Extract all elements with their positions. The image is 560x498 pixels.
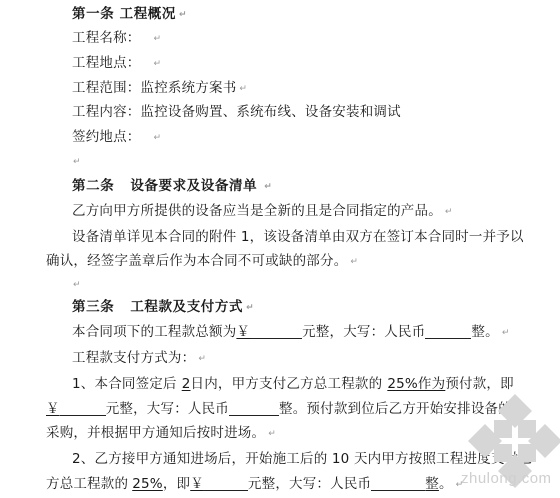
- article1-heading-text: 第一条 工程概况: [72, 6, 176, 22]
- amount-words-blank[interactable]: [425, 324, 471, 339]
- currency-symbol: ￥: [190, 476, 204, 492]
- field-label: 签约地点：: [72, 129, 141, 145]
- paragraph-mark-icon: ↵: [264, 182, 272, 192]
- days-value: 2: [177, 376, 191, 392]
- item2-line2: 方总工程款的25%，即￥元整，大写：人民币整。↵: [46, 475, 463, 494]
- field-signing-location: 签约地点：↵: [72, 128, 161, 147]
- article3-heading-num: 第三条: [72, 299, 114, 315]
- field-project-scope: 工程范围：监控系统方案书↵: [72, 79, 247, 98]
- field-label: 工程内容：: [72, 104, 141, 120]
- item1-text: 日内，甲方支付乙方总工程款的: [191, 376, 383, 392]
- article2-para2-line2: 确认，经签字盖章后作为本合同不可或缺的部分。↵: [46, 252, 358, 271]
- article2-heading-num: 第二条: [72, 178, 114, 194]
- payment-method-label: 工程款支付方式为：↵: [72, 349, 206, 368]
- field-label: 工程范围：: [72, 80, 141, 96]
- yuan-zheng-text: 元整，大写：人民币: [302, 324, 425, 340]
- empty-paragraph: ↵: [70, 275, 81, 294]
- item2-text: 整: [425, 476, 439, 492]
- item1-line3: 采购，并根据甲方通知后按时进场。↵: [46, 424, 276, 443]
- item2-text: ，即: [163, 476, 190, 492]
- item2-text: 。: [439, 476, 453, 492]
- article2-heading: 第二条设备要求及设备清单↵: [72, 177, 272, 196]
- payment-method-text: 工程款支付方式为：: [72, 350, 195, 366]
- currency-symbol: ￥: [236, 324, 250, 340]
- empty-paragraph: ↵: [70, 152, 81, 171]
- article2-para1: 乙方向甲方所提供的设备应当是全新的且是合同指定的产品。↵: [72, 202, 453, 221]
- item2-text: 元整，大写：人民币: [248, 476, 371, 492]
- article2-para2-text: 设备清单详见本合同的附件 1，该设备清单由双方在签订本合同时一并予以: [72, 229, 524, 245]
- article2-para2-text: 确认，经签字盖章后作为本合同不可或缺的部分。: [46, 253, 347, 269]
- document-page: 第一条 工程概况↵ 工程名称：↵ 工程地点：↵ 工程范围：监控系统方案书↵ 工程…: [0, 0, 560, 498]
- paragraph-mark-icon: ↵: [198, 354, 206, 364]
- paragraph-mark-icon: ↵: [73, 157, 81, 167]
- percent-value: 25%作为: [382, 376, 445, 392]
- item2-text: 方总工程款的: [46, 476, 128, 492]
- field-project-content: 工程内容：监控设备购置、系统布线、设备安装和调试: [72, 103, 401, 121]
- paragraph-mark-icon: ↵: [73, 280, 81, 290]
- paragraph-mark-icon: ↵: [246, 303, 254, 313]
- article2-para2-line1: 设备清单详见本合同的附件 1，该设备清单由双方在签订本合同时一并予以: [72, 228, 524, 246]
- percent-value: 25%: [128, 476, 163, 492]
- amount-words-blank[interactable]: [371, 476, 425, 491]
- watermark-text: zhulong.com: [461, 470, 552, 487]
- amount-words-blank[interactable]: [229, 401, 279, 416]
- item1-text: 1、本合同签定后: [72, 376, 177, 392]
- item1-line1: 1、本合同签定后2日内，甲方支付乙方总工程款的25%作为预付款，即: [72, 375, 514, 393]
- amount-blank[interactable]: [204, 476, 248, 491]
- total-prefix: 本合同项下的工程款总额为: [72, 324, 236, 340]
- article1-heading: 第一条 工程概况↵: [72, 5, 187, 24]
- field-label: 工程名称：: [72, 30, 141, 46]
- amount-blank[interactable]: [60, 401, 106, 416]
- item1-text: 元整，大写：人民币: [106, 401, 229, 417]
- item1-line2: ￥元整，大写：人民币整。预付款到位后乙方开始安排设备的: [46, 400, 512, 418]
- paragraph-mark-icon: ↵: [268, 429, 276, 439]
- article3-heading: 第三条工程款及支付方式↵: [72, 298, 254, 317]
- zheng-end-text: 整。: [471, 324, 498, 340]
- amount-blank[interactable]: [250, 324, 302, 339]
- paragraph-mark-icon: ↵: [179, 10, 187, 20]
- article2-heading-title: 设备要求及设备清单: [130, 178, 257, 194]
- field-project-location: 工程地点：↵: [72, 54, 161, 73]
- paragraph-mark-icon: ↵: [239, 84, 247, 94]
- field-label: 工程地点：: [72, 55, 141, 71]
- paragraph-mark-icon: ↵: [154, 59, 162, 69]
- item1-text: 采购，并根据甲方通知后按时进场。: [46, 425, 265, 441]
- field-project-name: 工程名称：↵: [72, 29, 161, 48]
- currency-symbol: ￥: [46, 401, 60, 417]
- field-value: 监控设备购置、系统布线、设备安装和调试: [141, 104, 401, 120]
- paragraph-mark-icon: ↵: [445, 207, 453, 217]
- article2-para1-text: 乙方向甲方所提供的设备应当是全新的且是合同指定的产品。: [72, 203, 442, 219]
- paragraph-mark-icon: ↵: [350, 257, 358, 267]
- paragraph-mark-icon: ↵: [154, 133, 162, 143]
- article3-heading-title: 工程款及支付方式: [130, 299, 243, 315]
- field-value: 监控系统方案书: [141, 80, 237, 96]
- paragraph-mark-icon: ↵: [154, 34, 162, 44]
- article3-total-line: 本合同项下的工程款总额为￥元整，大写：人民币整。↵: [72, 323, 510, 342]
- paragraph-mark-icon: ↵: [502, 328, 510, 338]
